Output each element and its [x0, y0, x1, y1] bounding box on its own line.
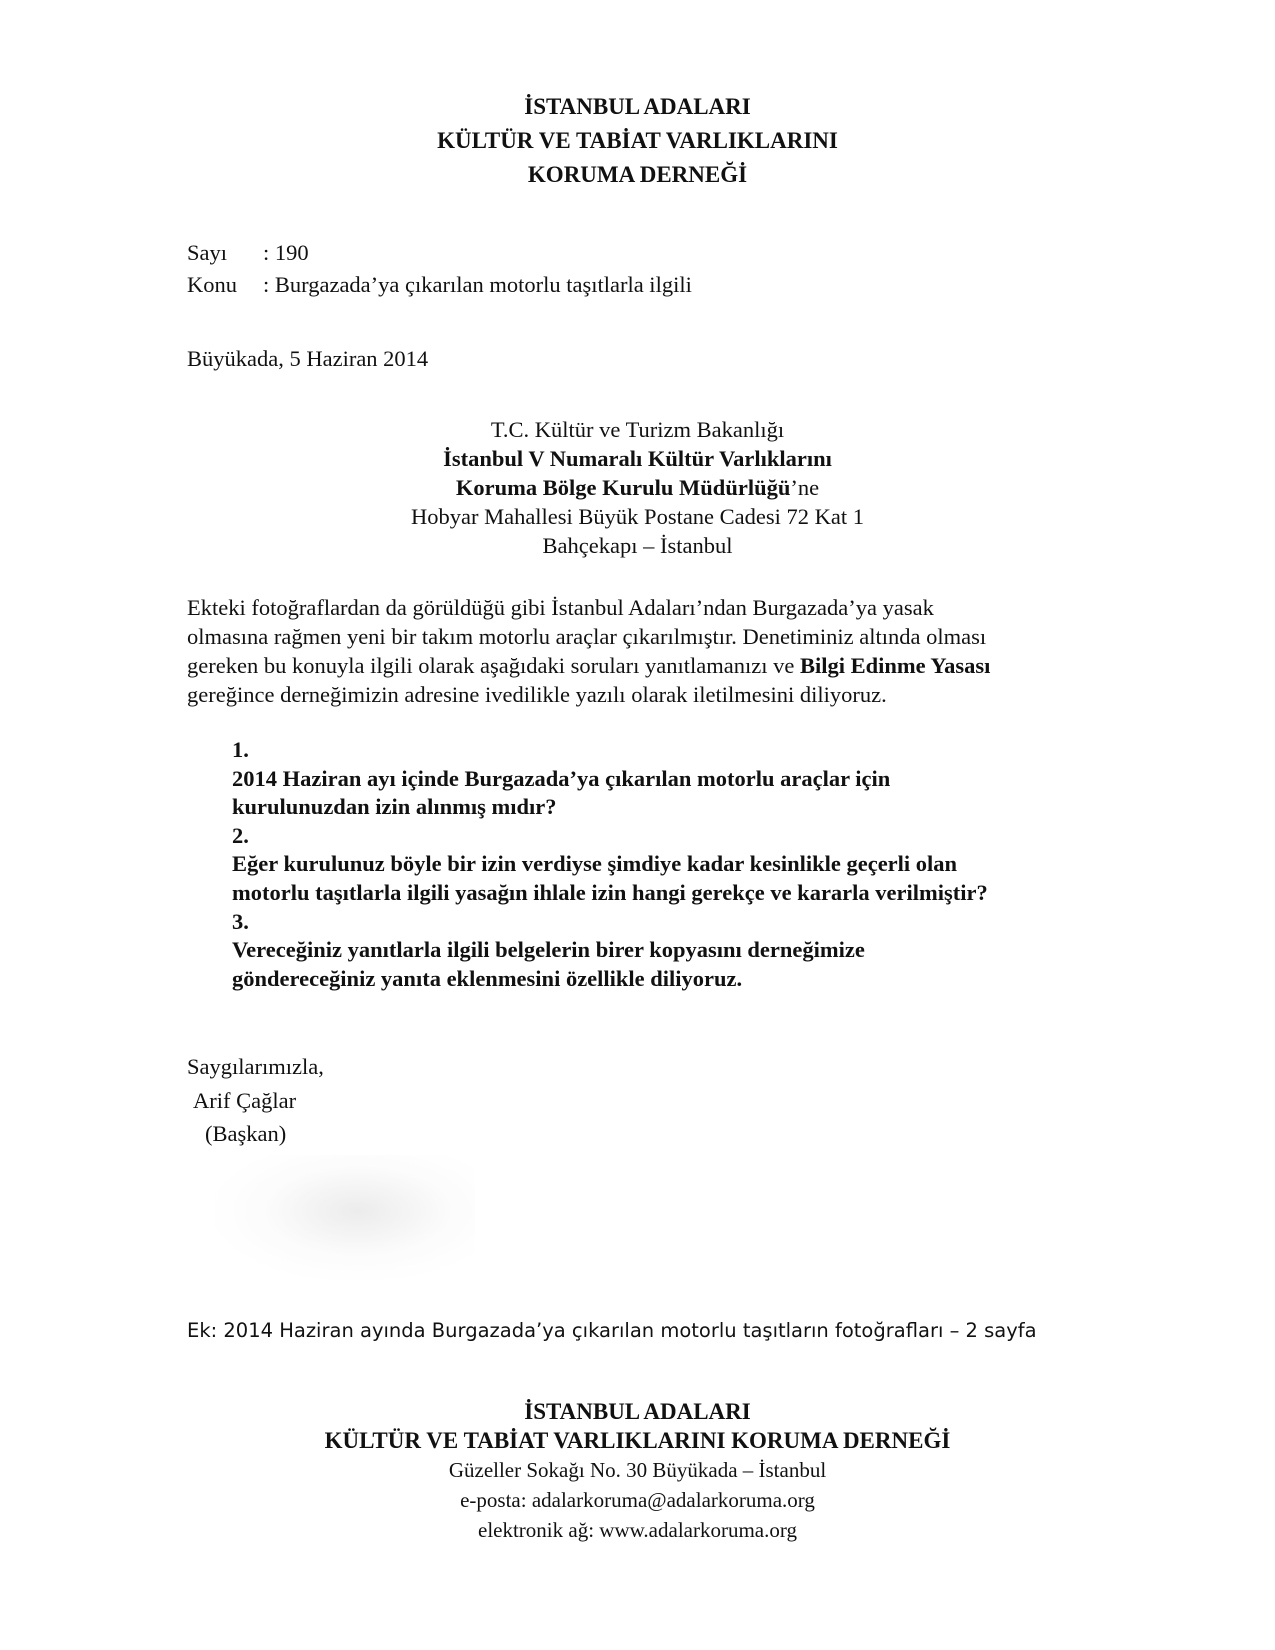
- footer-line-2: KÜLTÜR VE TABİAT VARLIKLARINI KORUMA DER…: [0, 1426, 1275, 1455]
- recipient-line-3-bold: Koruma Bölge Kurulu Müdürlüğü: [456, 475, 790, 500]
- subject-row: Konu: Burgazada’ya çıkarılan motorlu taş…: [187, 269, 692, 301]
- footer: İSTANBUL ADALARI KÜLTÜR VE TABİAT VARLIK…: [0, 1397, 1275, 1545]
- recipient-address: Hobyar Mahallesi Büyük Postane Cadesi 72…: [0, 502, 1275, 531]
- letter-meta: Sayı: 190 Konu: Burgazada’ya çıkarılan m…: [187, 237, 692, 301]
- subject-label: Konu: [187, 269, 263, 301]
- closing-greeting: Saygılarımızla,: [187, 1050, 324, 1084]
- question-text-line: göndereceğiniz yanıta eklenmesini özelli…: [232, 965, 988, 994]
- letterhead-line-3: KORUMA DERNEĞİ: [0, 158, 1275, 192]
- signature-redacted: [215, 1155, 475, 1280]
- signatory-name: Arif Çağlar: [187, 1084, 324, 1118]
- subject-value: : Burgazada’ya çıkarılan motorlu taşıtla…: [263, 272, 692, 297]
- recipient-line-1: T.C. Kültür ve Turizm Bakanlığı: [0, 415, 1275, 444]
- letterhead-line-2: KÜLTÜR VE TABİAT VARLIKLARINI: [0, 124, 1275, 158]
- signatory-title: (Başkan): [187, 1117, 324, 1151]
- number-label: Sayı: [187, 237, 263, 269]
- question-number: 2.: [232, 822, 988, 851]
- closing-block: Saygılarımızla, Arif Çağlar (Başkan): [187, 1050, 324, 1151]
- recipient-line-3: Koruma Bölge Kurulu Müdürlüğü’ne: [0, 473, 1275, 502]
- question-text-line: 2014 Haziran ayı içinde Burgazada’ya çık…: [232, 765, 988, 794]
- footer-website: elektronik ağ: www.adalarkoruma.org: [0, 1515, 1275, 1545]
- footer-line-1: İSTANBUL ADALARI: [0, 1397, 1275, 1426]
- recipient-line-3-suffix: ’ne: [790, 475, 819, 500]
- question-number: 3.: [232, 908, 988, 937]
- letterhead-line-1: İSTANBUL ADALARI: [0, 90, 1275, 124]
- number-row: Sayı: 190: [187, 237, 692, 269]
- question-item: 1. 2014 Haziran ayı içinde Burgazada’ya …: [232, 736, 988, 822]
- footer-address: Güzeller Sokağı No. 30 Büyükada – İstanb…: [0, 1455, 1275, 1485]
- paragraph-line-3-text: gereken bu konuyla ilgili olarak aşağıda…: [187, 653, 800, 678]
- question-text-line: kurulunuzdan izin alınmış mıdır?: [232, 793, 988, 822]
- law-reference: Bilgi Edinme Yasası: [800, 653, 990, 678]
- number-value: : 190: [263, 240, 309, 265]
- paragraph-line-4: gereğince derneğimizin adresine ivedilik…: [187, 680, 990, 709]
- recipient-block: T.C. Kültür ve Turizm Bakanlığı İstanbul…: [0, 415, 1275, 560]
- body-paragraph: Ekteki fotoğraflardan da görüldüğü gibi …: [187, 593, 990, 709]
- letterhead: İSTANBUL ADALARI KÜLTÜR VE TABİAT VARLIK…: [0, 90, 1275, 192]
- question-text-line: Vereceğiniz yanıtlarla ilgili belgelerin…: [232, 936, 988, 965]
- question-item: 2. Eğer kurulunuz böyle bir izin verdiys…: [232, 822, 988, 908]
- attachment-note: Ek: 2014 Haziran ayında Burgazada’ya çık…: [187, 1316, 1037, 1346]
- question-list: 1. 2014 Haziran ayı içinde Burgazada’ya …: [232, 736, 988, 993]
- question-text-line: motorlu taşıtlarla ilgili yasağın ihlale…: [232, 879, 988, 908]
- question-number: 1.: [232, 736, 988, 765]
- recipient-line-2: İstanbul V Numaralı Kültür Varlıklarını: [0, 444, 1275, 473]
- footer-email: e-posta: adalarkoruma@adalarkoruma.org: [0, 1485, 1275, 1515]
- recipient-city: Bahçekapı – İstanbul: [0, 531, 1275, 560]
- question-item: 3. Vereceğiniz yanıtlarla ilgili belgele…: [232, 908, 988, 994]
- paragraph-line-1: Ekteki fotoğraflardan da görüldüğü gibi …: [187, 593, 990, 622]
- paragraph-line-2: olmasına rağmen yeni bir takım motorlu a…: [187, 622, 990, 651]
- place-date: Büyükada, 5 Haziran 2014: [187, 344, 428, 373]
- paragraph-line-3: gereken bu konuyla ilgili olarak aşağıda…: [187, 651, 990, 680]
- question-text-line: Eğer kurulunuz böyle bir izin verdiyse ş…: [232, 850, 988, 879]
